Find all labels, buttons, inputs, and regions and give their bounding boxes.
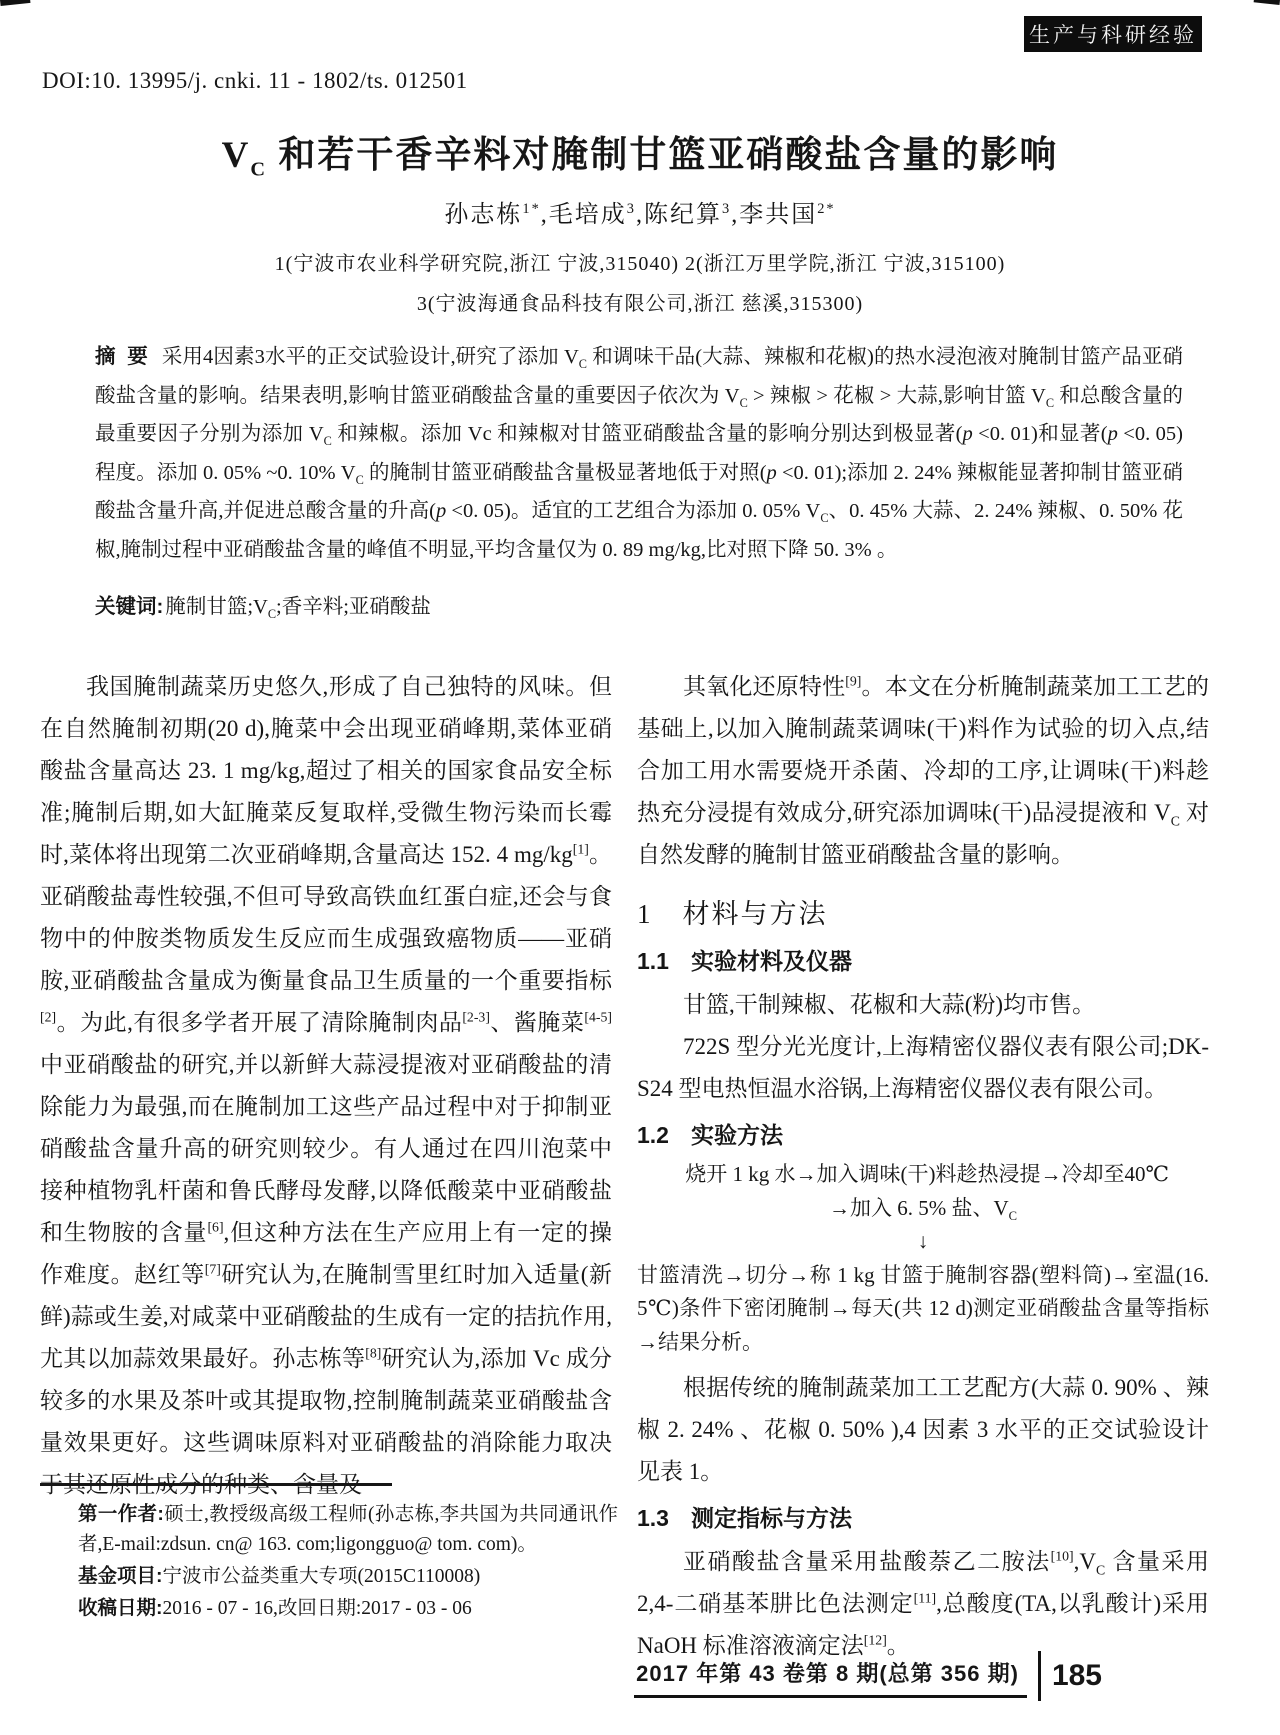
journal-issue-info: 2017 年第 43 卷第 8 期(总第 356 期) bbox=[634, 1655, 1027, 1698]
section-1-2-number: 1.2 bbox=[637, 1122, 669, 1148]
section-1-3-number: 1.3 bbox=[637, 1505, 669, 1531]
process-flow-diagram: 烧开 1 kg 水→加入调味(干)料趁热浸提→冷却至40℃ →加入 6. 5% … bbox=[637, 1158, 1209, 1359]
first-author-note: 第一作者:硕士,教授级高级工程师(孙志栋,李共国为共同通讯作者,E-mail:z… bbox=[78, 1499, 618, 1560]
scan-artifact-top-left bbox=[0, 0, 30, 6]
page-number: 185 bbox=[1052, 1659, 1102, 1693]
abstract-body: 采用4因素3水平的正交试验设计,研究了添加 VC 和调味干品(大蒜、辣椒和花椒)… bbox=[95, 346, 1183, 561]
fund-project-note: 基金项目:宁波市公益类重大专项(2015C110008) bbox=[78, 1561, 618, 1592]
doi-line: DOI:10. 13995/j. cnki. 11 - 1802/ts. 012… bbox=[42, 68, 468, 94]
keywords-body: 腌制甘篮;VC;香辛料;亚硝酸盐 bbox=[165, 596, 431, 618]
section-1-2-heading: 1.2实验方法 bbox=[637, 1118, 1209, 1152]
received-date-note: 收稿日期:2016 - 07 - 16,改回日期:2017 - 03 - 06 bbox=[78, 1593, 618, 1624]
footer-divider bbox=[1038, 1651, 1041, 1701]
down-arrow-icon: ↓ bbox=[637, 1225, 1209, 1259]
page-footer: 2017 年第 43 卷第 8 期(总第 356 期) 185 bbox=[634, 1651, 1102, 1701]
right-column: 其氧化还原特性[9]。本文在分析腌制蔬菜加工工艺的基础上,以加入腌制蔬菜调味(干… bbox=[637, 666, 1209, 1667]
left-column: 我国腌制蔬菜历史悠久,形成了自己独特的风味。但在自然腌制初期(20 d),腌菜中… bbox=[40, 666, 612, 1506]
section-1-2-title: 实验方法 bbox=[691, 1122, 783, 1148]
section-1-3-heading: 1.3测定指标与方法 bbox=[637, 1501, 1209, 1535]
abstract-label: 摘 要 bbox=[95, 345, 148, 368]
materials-paragraph-2: 722S 型分光光度计,上海精密仪器仪表有限公司;DK-S24 型电热恒温水浴锅… bbox=[637, 1026, 1209, 1110]
authors-line: 孙志栋1*,毛培成3,陈纪算3,李共国2* bbox=[0, 194, 1280, 229]
measurement-methods-paragraph: 亚硝酸盐含量采用盐酸萘乙二胺法[10],VC 含量采用 2,4-二硝基苯肼比色法… bbox=[637, 1541, 1209, 1667]
article-title: VC 和若干香辛料对腌制甘篮亚硝酸盐含量的影响 bbox=[0, 124, 1280, 178]
materials-paragraph-1: 甘篮,干制辣椒、花椒和大蒜(粉)均市售。 bbox=[637, 984, 1209, 1026]
affiliation-line-2: 3(宁波海通食品科技有限公司,浙江 慈溪,315300) bbox=[0, 287, 1280, 316]
section-1-3-title: 测定指标与方法 bbox=[691, 1505, 852, 1531]
column-badge: 生产与科研经验 bbox=[1024, 16, 1202, 52]
footnote-rule bbox=[40, 1483, 392, 1486]
abstract-block: 摘 要采用4因素3水平的正交试验设计,研究了添加 VC 和调味干品(大蒜、辣椒和… bbox=[95, 338, 1183, 570]
section-1-title: 材料与方法 bbox=[683, 899, 828, 929]
flow-step-cabbage: 甘篮清洗→切分→称 1 kg 甘篮于腌制容器(塑料筒)→室温(16. 5℃)条件… bbox=[637, 1259, 1209, 1360]
flow-step-water: 烧开 1 kg 水→加入调味(干)料趁热浸提→冷却至40℃ bbox=[637, 1158, 1209, 1192]
intro-paragraph-continued: 其氧化还原特性[9]。本文在分析腌制蔬菜加工工艺的基础上,以加入腌制蔬菜调味(干… bbox=[637, 666, 1209, 876]
keywords-block: 关键词:腌制甘篮;VC;香辛料;亚硝酸盐 bbox=[95, 589, 1183, 619]
intro-paragraph: 我国腌制蔬菜历史悠久,形成了自己独特的风味。但在自然腌制初期(20 d),腌菜中… bbox=[40, 666, 612, 1506]
section-1-1-title: 实验材料及仪器 bbox=[691, 948, 852, 974]
section-1-heading: 1材料与方法 bbox=[637, 896, 1209, 932]
flow-step-salt-vc: →加入 6. 5% 盐、VC bbox=[637, 1192, 1209, 1226]
section-1-1-heading: 1.1实验材料及仪器 bbox=[637, 944, 1209, 978]
affiliation-line-1: 1(宁波市农业科学研究院,浙江 宁波,315040) 2(浙江万里学院,浙江 宁… bbox=[0, 247, 1280, 276]
journal-page: 生产与科研经验 DOI:10. 13995/j. cnki. 11 - 1802… bbox=[0, 0, 1280, 1735]
method-design-paragraph: 根据传统的腌制蔬菜加工工艺配方(大蒜 0. 90% 、辣椒 2. 24% 、花椒… bbox=[637, 1367, 1209, 1493]
keywords-label: 关键词: bbox=[95, 595, 163, 618]
scan-artifact-top-right bbox=[1254, 0, 1280, 5]
footnote-block: 第一作者:硕士,教授级高级工程师(孙志栋,李共国为共同通讯作者,E-mail:z… bbox=[40, 1483, 618, 1625]
section-1-1-number: 1.1 bbox=[637, 948, 669, 974]
section-1-number: 1 bbox=[637, 899, 653, 929]
